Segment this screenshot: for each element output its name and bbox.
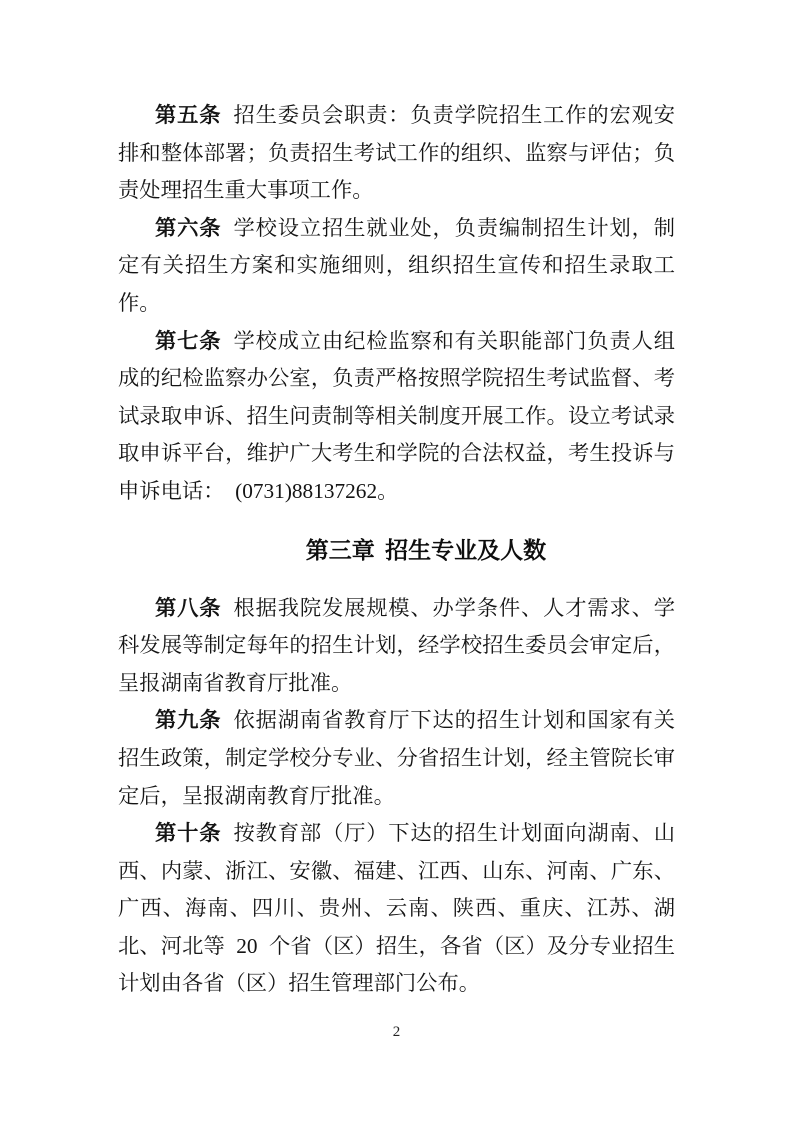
article-7-text: 学校成立由纪检监察和有关职能部门负责人组成的纪检监察办公室，负责严格按照学院招生…: [118, 329, 675, 503]
article-5-paragraph: 第五条 招生委员会职责：负责学院招生工作的宏观安排和整体部署；负责招生考试工作的…: [118, 97, 675, 210]
article-10-number: 第十条: [155, 821, 221, 845]
article-8-paragraph: 第八条 根据我院发展规模、办学条件、人才需求、学科发展等制定每年的招生计划，经学…: [118, 590, 675, 703]
page-footer: 2: [0, 1022, 793, 1042]
article-8-number: 第八条: [155, 596, 221, 620]
article-6-paragraph: 第六条 学校设立招生就业处，负责编制招生计划，制定有关招生方案和实施细则，组织招…: [118, 210, 675, 323]
article-10-text: 按教育部（厅）下达的招生计划面向湖南、山西、内蒙、浙江、安徽、福建、江西、山东、…: [118, 821, 675, 995]
article-5-number: 第五条: [155, 103, 221, 127]
article-6-number: 第六条: [155, 216, 221, 240]
chapter-3-heading: 第三章 招生专业及人数: [118, 530, 675, 570]
document-body: 第五条 招生委员会职责：负责学院招生工作的宏观安排和整体部署；负责招生考试工作的…: [118, 97, 675, 1003]
article-9-paragraph: 第九条 依据湖南省教育厅下达的招生计划和国家有关招生政策，制定学校分专业、分省招…: [118, 702, 675, 815]
article-10-paragraph: 第十条 按教育部（厅）下达的招生计划面向湖南、山西、内蒙、浙江、安徽、福建、江西…: [118, 815, 675, 1003]
document-page: 第五条 招生委员会职责：负责学院招生工作的宏观安排和整体部署；负责招生考试工作的…: [0, 0, 793, 1122]
article-7-paragraph: 第七条 学校成立由纪检监察和有关职能部门负责人组成的纪检监察办公室，负责严格按照…: [118, 323, 675, 511]
article-9-number: 第九条: [155, 708, 221, 732]
page-number: 2: [393, 1024, 401, 1040]
article-7-number: 第七条: [155, 329, 221, 353]
